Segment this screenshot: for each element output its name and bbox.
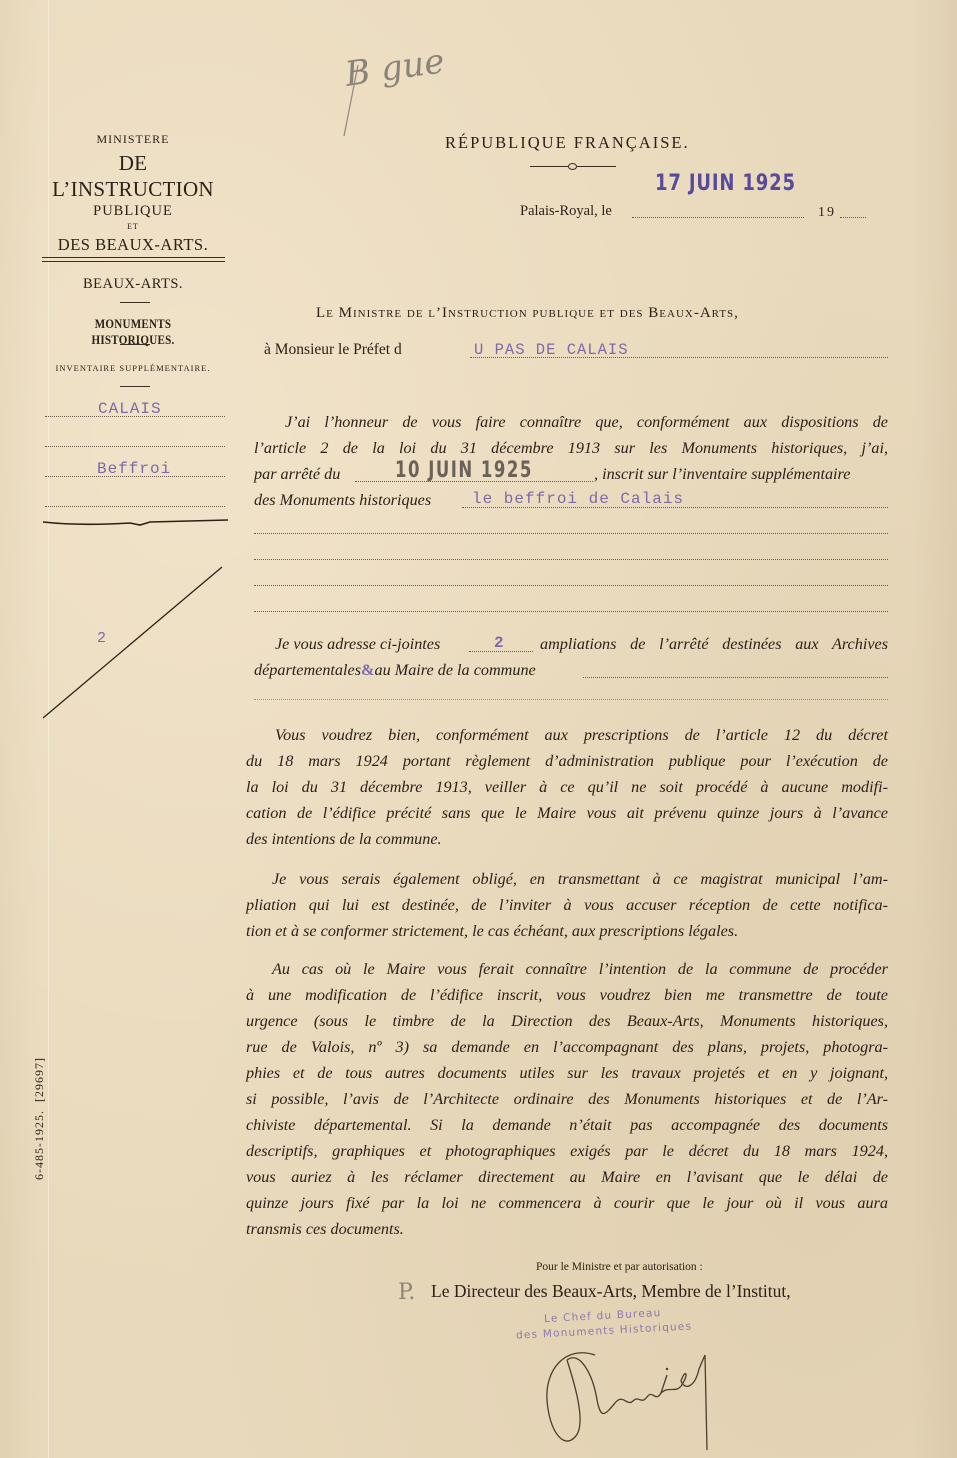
p4-line: pliation qui lui est destinée, de l’invi… (246, 892, 888, 918)
minister-heading: Le Ministre de l’Instruction publique et… (316, 305, 739, 322)
p2-line-1-suffix: ampliations de l’arrêté destinées aux Ar… (540, 635, 888, 654)
ministry-line-1: MINISTERE (38, 132, 228, 147)
republic-title: RÉPUBLIQUE FRANÇAISE. (445, 133, 690, 153)
p1-line-4-prefix: des Monuments historiques (254, 491, 431, 510)
p5-line: transmis ces documents. (246, 1216, 888, 1242)
director-title: Le Directeur des Beaux-Arts, Membre de l… (431, 1281, 791, 1302)
monument-description-line (462, 507, 888, 508)
diagonal-strike-line (40, 565, 230, 725)
p5-line: chiviste départemental. Si la demande n’… (246, 1112, 888, 1138)
p3-line: du 18 mars 1924 portant règlement d’admi… (246, 748, 888, 774)
p5-line: quinze jours fixé par la loi ne commence… (246, 1190, 888, 1216)
arrete-date-stamp: 10 JUIN 1925 (395, 458, 533, 483)
monument-description: le beffroi de Calais (472, 490, 684, 508)
ministry-line-5: DES BEAUX-ARTS. (38, 235, 228, 255)
place-date-line: Palais-Royal, le (520, 203, 612, 220)
section-label: BEAUX-ARTS. (38, 276, 228, 293)
p2-line-1-prefix: Je vous adresse ci-jointes (275, 635, 440, 654)
p4-line: tion et à se conformer strictement, le c… (246, 918, 888, 944)
inventory-label: INVENTAIRE SUPPLÉMENTAIRE. (38, 363, 228, 373)
p3-line: Vous voudrez bien, conformément aux pres… (246, 722, 888, 748)
pencil-stroke-icon (340, 60, 370, 140)
blank-line (45, 506, 225, 507)
p3-line: cation de l’édifice précité sans que le … (246, 800, 888, 826)
p3-line: des intentions de la commune. (246, 826, 888, 852)
p1-line-3-suffix: , inscrit sur l’inventaire supplémentair… (594, 465, 850, 484)
ministry-line-2: DE L’INSTRUCTION (38, 150, 228, 202)
p1-line-2: l’article 2 de la loi du 31 décembre 191… (254, 439, 888, 458)
header-double-rule (42, 257, 225, 262)
p5-line: descriptifs, graphiques et photographiqu… (246, 1138, 888, 1164)
paragraph-3: Vous voudrez bien, conformément aux pres… (246, 722, 888, 852)
bureau-stamp-line-2: des Monuments Historiques (516, 1320, 693, 1341)
blank-line (254, 585, 888, 586)
copies-count: 2 (494, 634, 505, 652)
authorization-line: Pour le Ministre et par autorisation : (536, 1261, 703, 1273)
date-line (632, 217, 804, 218)
received-date-stamp: 17 JUIN 1925 (655, 171, 796, 196)
p5-line: urgence (sous le timbre de la Direction … (246, 1008, 888, 1034)
year-line (840, 217, 866, 218)
paragraph-5: Au cas où le Maire vous ferait connaître… (246, 956, 888, 1242)
p5-line: si possible, l’avis de l’Architecte ordi… (246, 1086, 888, 1112)
p3-line: la loi du 31 décembre 1913, veiller à ce… (246, 774, 888, 800)
divider (120, 344, 150, 345)
blank-line (254, 533, 888, 534)
recipient-line (470, 357, 888, 358)
reference-number-text: 6-485-1925. (32, 1110, 46, 1180)
ampersand-insert: & (361, 661, 374, 679)
handwritten-signature-icon (535, 1345, 745, 1458)
divider (120, 302, 150, 303)
ministry-header: MINISTERE DE L’INSTRUCTION PUBLIQUE ET D… (38, 132, 228, 255)
p1-line-3-prefix: par arrêté du (254, 465, 340, 484)
ministry-line-3: PUBLIQUE (38, 203, 228, 220)
p5-line: rue de Valois, nº 3) sa demande en l’acc… (246, 1034, 888, 1060)
p2-line-2-prefix: départementales (254, 661, 361, 679)
p4-line: Je vous serais également obligé, en tran… (246, 866, 888, 892)
paragraph-4: Je vous serais également obligé, en tran… (246, 866, 888, 944)
ministry-line-4: ET (38, 222, 228, 231)
monument-value: Beffroi (97, 460, 171, 478)
pencil-initial: P. (398, 1280, 415, 1305)
commune-value: CALAIS (98, 400, 162, 418)
p2-line-2: départementales&au Maire de la commune (254, 661, 536, 680)
decorative-swell-rule (40, 516, 230, 530)
ornament-rule (530, 166, 616, 167)
blank-line (254, 699, 888, 700)
p2-line-2-suffix: au Maire de la commune (374, 661, 535, 679)
year-prefix: 19 (818, 205, 836, 221)
divider (120, 386, 150, 387)
recipient-label: à Monsieur le Préfet d (264, 341, 402, 359)
p5-line: Au cas où le Maire vous ferait connaître… (246, 956, 888, 982)
blank-line (254, 611, 888, 612)
place-label: Palais-Royal, le (520, 203, 612, 219)
p5-line: vous auriez à les réclamer directement a… (246, 1164, 888, 1190)
reference-code-text: [29697] (32, 1057, 46, 1102)
p5-line: à une modification de l’édifice inscrit,… (246, 982, 888, 1008)
blank-line (45, 446, 225, 447)
p5-line: phies et de tous autres documents utiles… (246, 1060, 888, 1086)
copies-count-note: 2 (97, 630, 107, 647)
reference-number: 6-485-1925. [29697] (32, 1057, 47, 1180)
blank-line (254, 559, 888, 560)
p1-line-1: J’ai l’honneur de vous faire connaître q… (285, 413, 888, 432)
commune-fill-line (583, 677, 888, 678)
